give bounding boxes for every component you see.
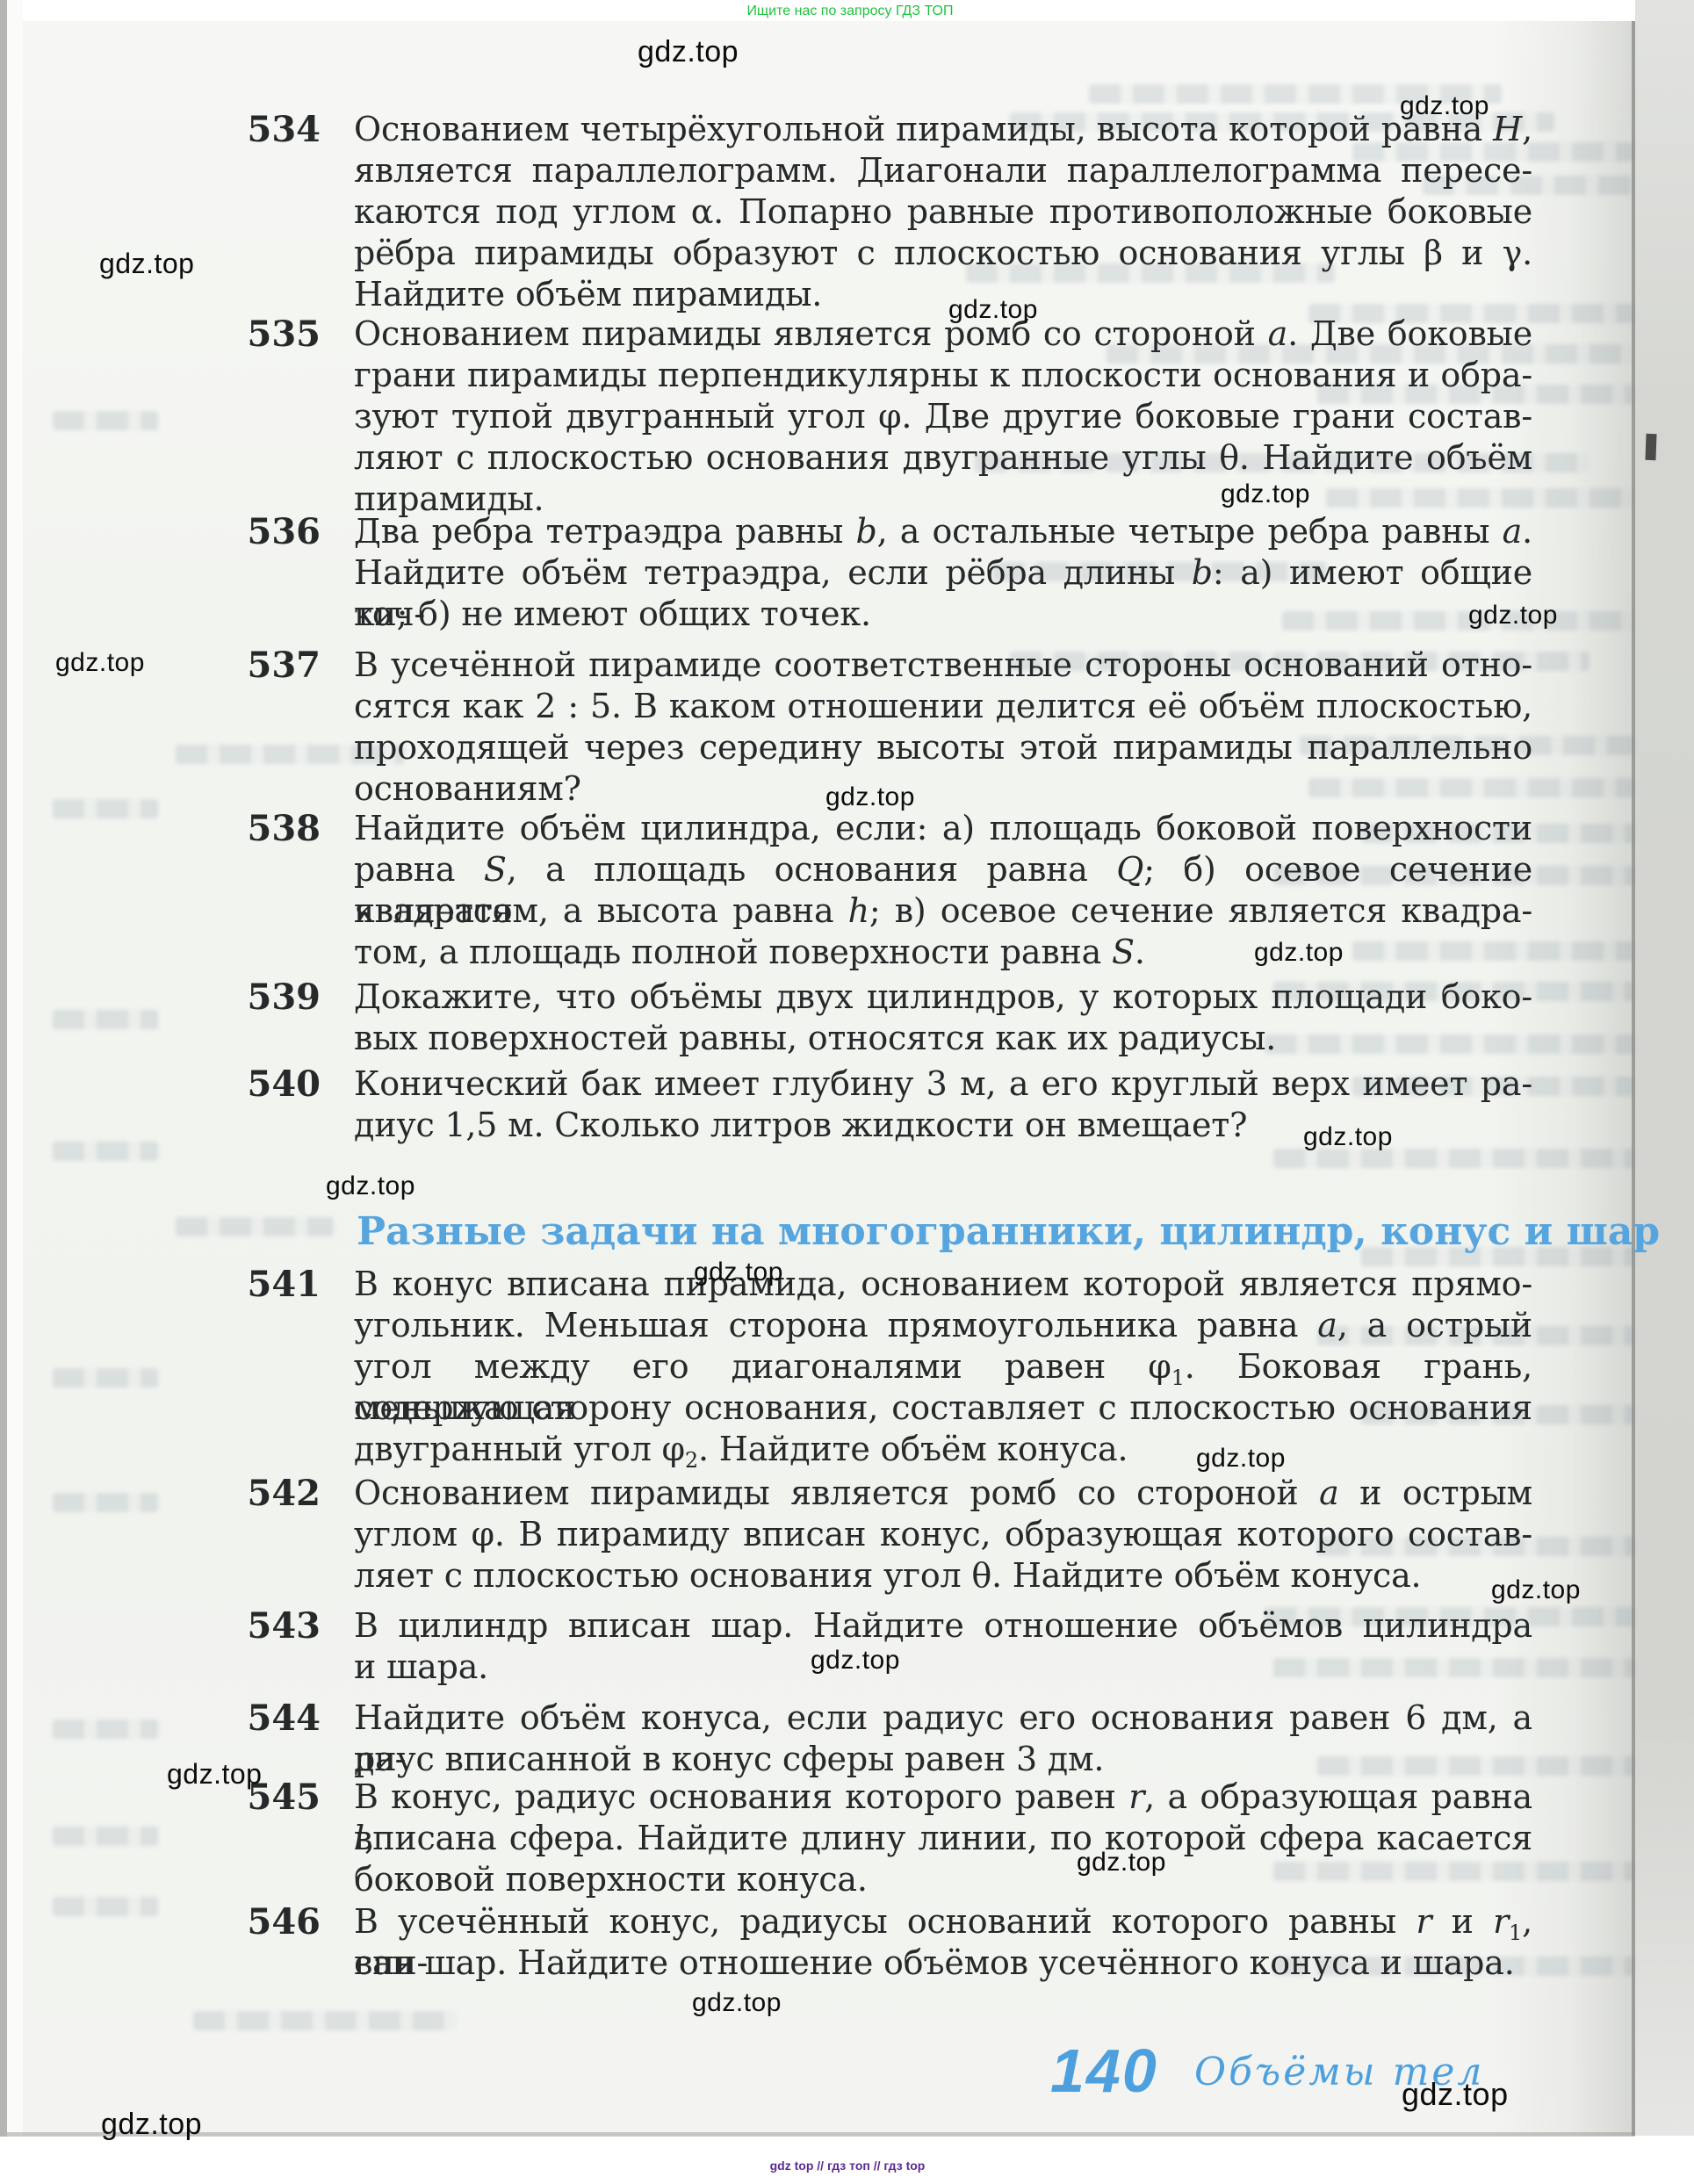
problem-text-545: В конус, радиус основания которого равен… [354,1777,1532,1900]
problem-541-line-3: угол между его диагоналями равен φ1. Бок… [354,1346,1532,1388]
bleedthrough-line [53,1719,158,1739]
bleedthrough-line [176,1217,334,1236]
section-heading: Разные задачи на многогранники, цилиндр,… [357,1210,1535,1254]
gdz-watermark: gdz.top [1303,1122,1393,1152]
gdz-watermark: gdz.top [101,2108,202,2142]
problem-number-536: 536 [215,511,321,552]
problem-541-line-2: угольник. Меньшая сторона прямоугольника… [354,1305,1532,1346]
problem-number-541: 541 [215,1264,321,1305]
problem-number-534: 534 [215,109,321,150]
gdz-watermark: gdz.top [825,782,915,812]
problem-535-line-3: зуют тупой двугранный угол φ. Две другие… [354,396,1532,437]
problem-534-line-2: является параллелограмм. Диагонали парал… [354,150,1532,191]
gdz-watermark: gdz.top [811,1646,900,1676]
gdz-watermark: gdz.top [948,295,1038,325]
problem-545-line-1: В конус, радиус основания которого равен… [354,1777,1532,1818]
bleedthrough-line [53,1827,158,1846]
problem-text-535: Основанием пирамиды является ромб со сто… [354,314,1532,520]
problem-number-544: 544 [215,1697,321,1739]
problem-545-line-3: боковой поверхности конуса. [354,1859,1532,1900]
problem-number-542: 542 [215,1473,321,1514]
problem-number-546: 546 [215,1901,321,1943]
bleedthrough-line [53,1368,158,1388]
problem-538-line-2: равна S, а площадь основания равна Q; б)… [354,849,1532,890]
gdz-watermark: gdz.top [99,248,194,280]
problem-546-line-2: сан шар. Найдите отношение объёмов усечё… [354,1943,1532,1984]
gdz-watermark: gdz.top [1077,1848,1166,1878]
problem-544-line-1: Найдите объём конуса, если радиус его ос… [354,1697,1532,1739]
bleedthrough-line [53,1010,158,1029]
scanned-textbook-page: Ищите нас по запросу ГДЗ ТОП Разные зада… [0,0,1694,2184]
problem-539-line-1: Докажите, что объёмы двух цилиндров, у к… [354,977,1532,1018]
problem-537-line-3: проходящей через середину высоты этой пи… [354,727,1532,768]
problem-541-line-5: двугранный угол φ2. Найдите объём конуса… [354,1429,1532,1470]
gdz-watermark: gdz.top [55,648,145,678]
problem-542-line-1: Основанием пирамиды является ромб со сто… [354,1473,1532,1514]
problem-number-543: 543 [215,1605,321,1647]
problem-text-546: В усечённый конус, радиусы оснований кот… [354,1901,1532,1984]
problem-541-line-1: В конус вписана пирамида, основанием кот… [354,1264,1532,1305]
problem-text-543: В цилиндр вписан шар. Найдите отношение … [354,1605,1532,1688]
bleedthrough-line [53,1493,158,1512]
problem-535-line-1: Основанием пирамиды является ромб со сто… [354,314,1532,355]
problem-text-537: В усечённой пирамиде соответственные сто… [354,645,1532,810]
problem-541-line-4: меньшую сторону основания, составляет с … [354,1388,1532,1429]
problem-number-538: 538 [215,808,321,849]
problem-539-line-2: вых поверхностей равны, относятся как их… [354,1018,1532,1059]
gdz-watermark: gdz.top [638,35,739,69]
gdz-watermark: gdz.top [1254,938,1344,968]
problem-542-line-3: ляет с плоскостью основания угол θ. Найд… [354,1555,1532,1597]
problem-535-line-2: грани пирамиды перпендикулярны к плоскос… [354,355,1532,396]
bleedthrough-line [53,411,158,430]
promo-bottom-text: gdz top // гдз топ // гдз top [659,2159,1036,2173]
problem-text-539: Докажите, что объёмы двух цилиндров, у к… [354,977,1532,1059]
problem-number-535: 535 [215,314,321,355]
problem-543-line-2: и шара. [354,1647,1532,1688]
gdz-watermark: gdz.top [1491,1575,1581,1605]
problem-540-line-1: Конический бак имеет глубину 3 м, а его … [354,1063,1532,1105]
scan-right-background [1635,0,1694,2136]
gdz-watermark: gdz.top [1196,1444,1286,1474]
scan-left-edge [0,0,7,2152]
problem-534-line-1: Основанием четырёхугольной пирамиды, выс… [354,109,1532,150]
problem-text-544: Найдите объём конуса, если радиус его ос… [354,1697,1532,1780]
problem-text-534: Основанием четырёхугольной пирамиды, выс… [354,109,1532,315]
problem-542-line-2: углом φ. В пирамиду вписан конус, образу… [354,1514,1532,1555]
problem-536-line-1: Два ребра тетраэдра равны b, а остальные… [354,511,1532,552]
problem-text-542: Основанием пирамиды является ромб со сто… [354,1473,1532,1597]
gdz-watermark: gdz.top [167,1758,262,1791]
problem-536-line-2: Найдите объём тетраэдра, если рёбра длин… [354,552,1532,594]
problem-534-line-4: рёбра пирамиды образуют с плоскостью осн… [354,233,1532,274]
bleedthrough-line [53,1142,158,1161]
gdz-watermark: gdz.top [1400,91,1489,121]
problem-number-539: 539 [215,977,321,1018]
problem-538-line-1: Найдите объём цилиндра, если: а) площадь… [354,808,1532,849]
bleedthrough-line [53,799,158,818]
problem-534-line-3: каются под углом α. Попарно равные проти… [354,191,1532,233]
problem-536-line-3: ки; б) не имеют общих точек. [354,594,1532,635]
footer-section-title: Объёмы тел [1194,2050,1484,2094]
problem-545-line-2: вписана сфера. Найдите длину линии, по к… [354,1818,1532,1859]
problem-number-537: 537 [215,645,321,686]
gdz-watermark: gdz.top [1221,479,1310,509]
problem-537-line-2: сятся как 2 : 5. В каком отношении делит… [354,686,1532,727]
page-edge-mark [1645,434,1656,460]
bleedthrough-line [193,2011,457,2030]
promo-top-text: Ищите нас по запросу ГДЗ ТОП [674,4,1026,19]
problem-538-line-4: том, а площадь полной поверхности равна … [354,932,1532,973]
problem-534-line-5: Найдите объём пирамиды. [354,274,1532,315]
gdz-watermark: gdz.top [694,1258,783,1287]
problem-text-536: Два ребра тетраэдра равны b, а остальные… [354,511,1532,635]
scan-left-margin [7,0,23,2136]
problem-537-line-1: В усечённой пирамиде соответственные сто… [354,645,1532,686]
problem-text-538: Найдите объём цилиндра, если: а) площадь… [354,808,1532,973]
problem-538-line-3: квадратом, а высота равна h; в) осевое с… [354,890,1532,932]
gdz-watermark: gdz.top [326,1171,415,1201]
problem-text-541: В конус вписана пирамида, основанием кот… [354,1264,1532,1470]
problem-537-line-4: основаниям? [354,768,1532,810]
problem-546-line-1: В усечённый конус, радиусы оснований кот… [354,1901,1532,1943]
gdz-watermark: gdz.top [1468,601,1558,631]
problem-number-540: 540 [215,1063,321,1105]
problem-543-line-1: В цилиндр вписан шар. Найдите отношение … [354,1605,1532,1647]
problem-535-line-4: ляют с плоскостью основания двугранные у… [354,437,1532,479]
problem-544-line-2: диус вписанной в конус сферы равен 3 дм. [354,1739,1532,1780]
bleedthrough-line [53,1897,158,1916]
page-number: 140 [1050,2036,1158,2106]
gdz-watermark: gdz.top [692,1988,782,2018]
